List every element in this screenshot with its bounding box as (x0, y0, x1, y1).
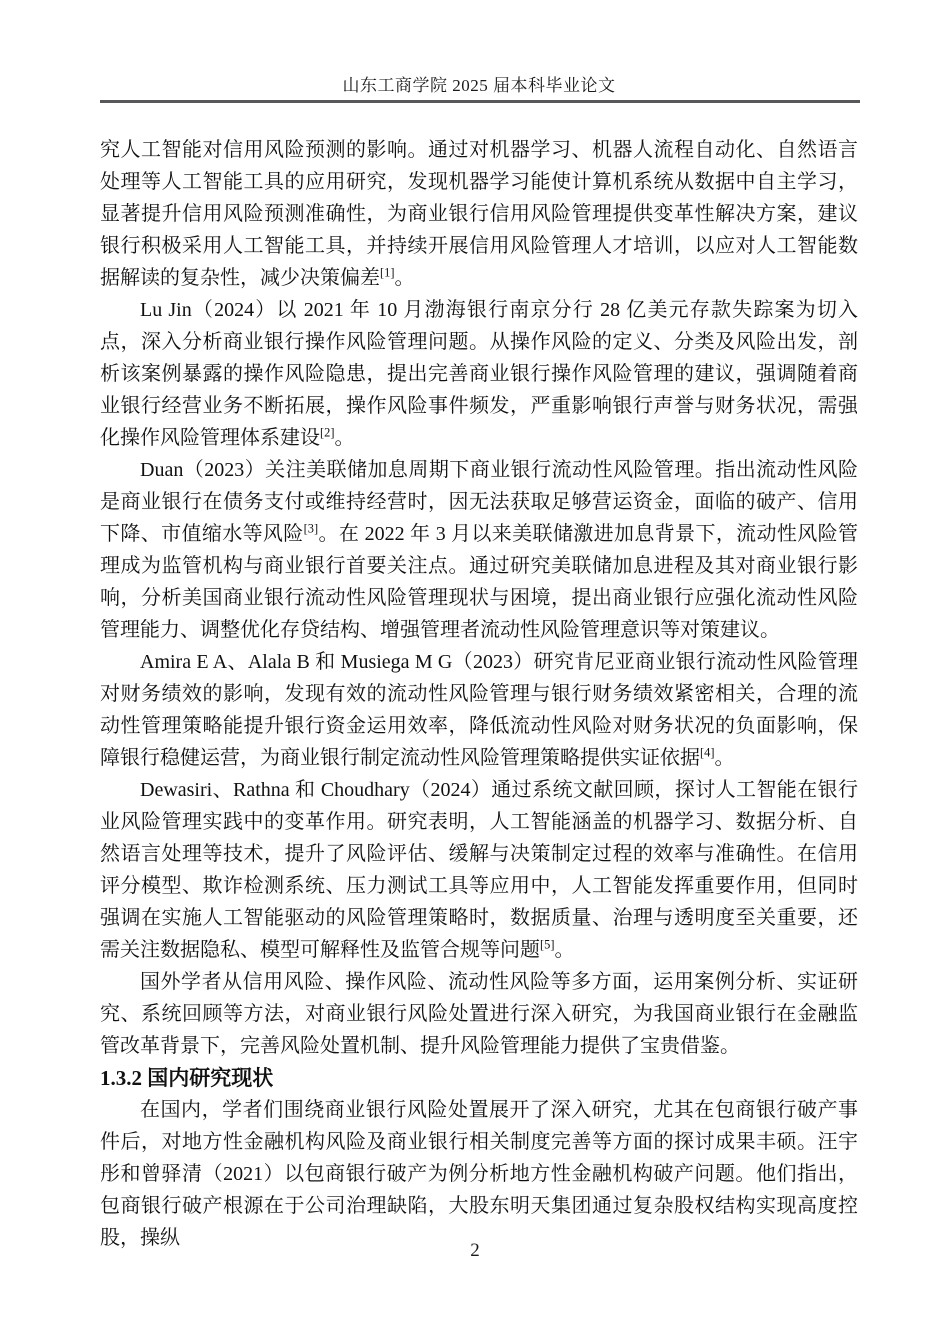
paragraph-8: 在国内，学者们围绕商业银行风险处置展开了深入研究，尤其在包商银行破产事件后，对地… (100, 1094, 858, 1254)
citation-ref: [4] (700, 745, 714, 759)
paragraph-3: Duan（2023）关注美联储加息周期下商业银行流动性风险管理。指出流动性风险是… (100, 454, 858, 646)
paragraph-6: 国外学者从信用风险、操作风险、流动性风险等多方面，运用案例分析、实证研究、系统回… (100, 966, 858, 1062)
paragraph-5: Dewasiri、Rathna 和 Choudhary（2024）通过系统文献回… (100, 774, 858, 966)
paragraph-2: Lu Jin（2024）以 2021 年 10 月渤海银行南京分行 28 亿美元… (100, 294, 858, 454)
document-body: 究人工智能对信用风险预测的影响。通过对机器学习、机器人流程自动化、自然语言处理等… (100, 134, 858, 1254)
citation-ref: [5] (540, 937, 554, 951)
citation-ref: [2] (320, 425, 334, 439)
citation-ref: [3] (304, 521, 318, 535)
section-heading: 1.3.2 国内研究现状 (100, 1062, 858, 1094)
thesis-page: 山东工商学院 2025 届本科毕业论文 究人工智能对信用风险预测的影响。通过对机… (0, 0, 950, 1344)
paragraph-4: Amira E A、Alala B 和 Musiega M G（2023）研究肯… (100, 646, 858, 774)
header-divider (100, 100, 860, 103)
page-number: 2 (0, 1240, 950, 1262)
page-header: 山东工商学院 2025 届本科毕业论文 (100, 71, 858, 96)
citation-ref: [1] (380, 265, 394, 279)
paragraph-1: 究人工智能对信用风险预测的影响。通过对机器学习、机器人流程自动化、自然语言处理等… (100, 134, 858, 294)
